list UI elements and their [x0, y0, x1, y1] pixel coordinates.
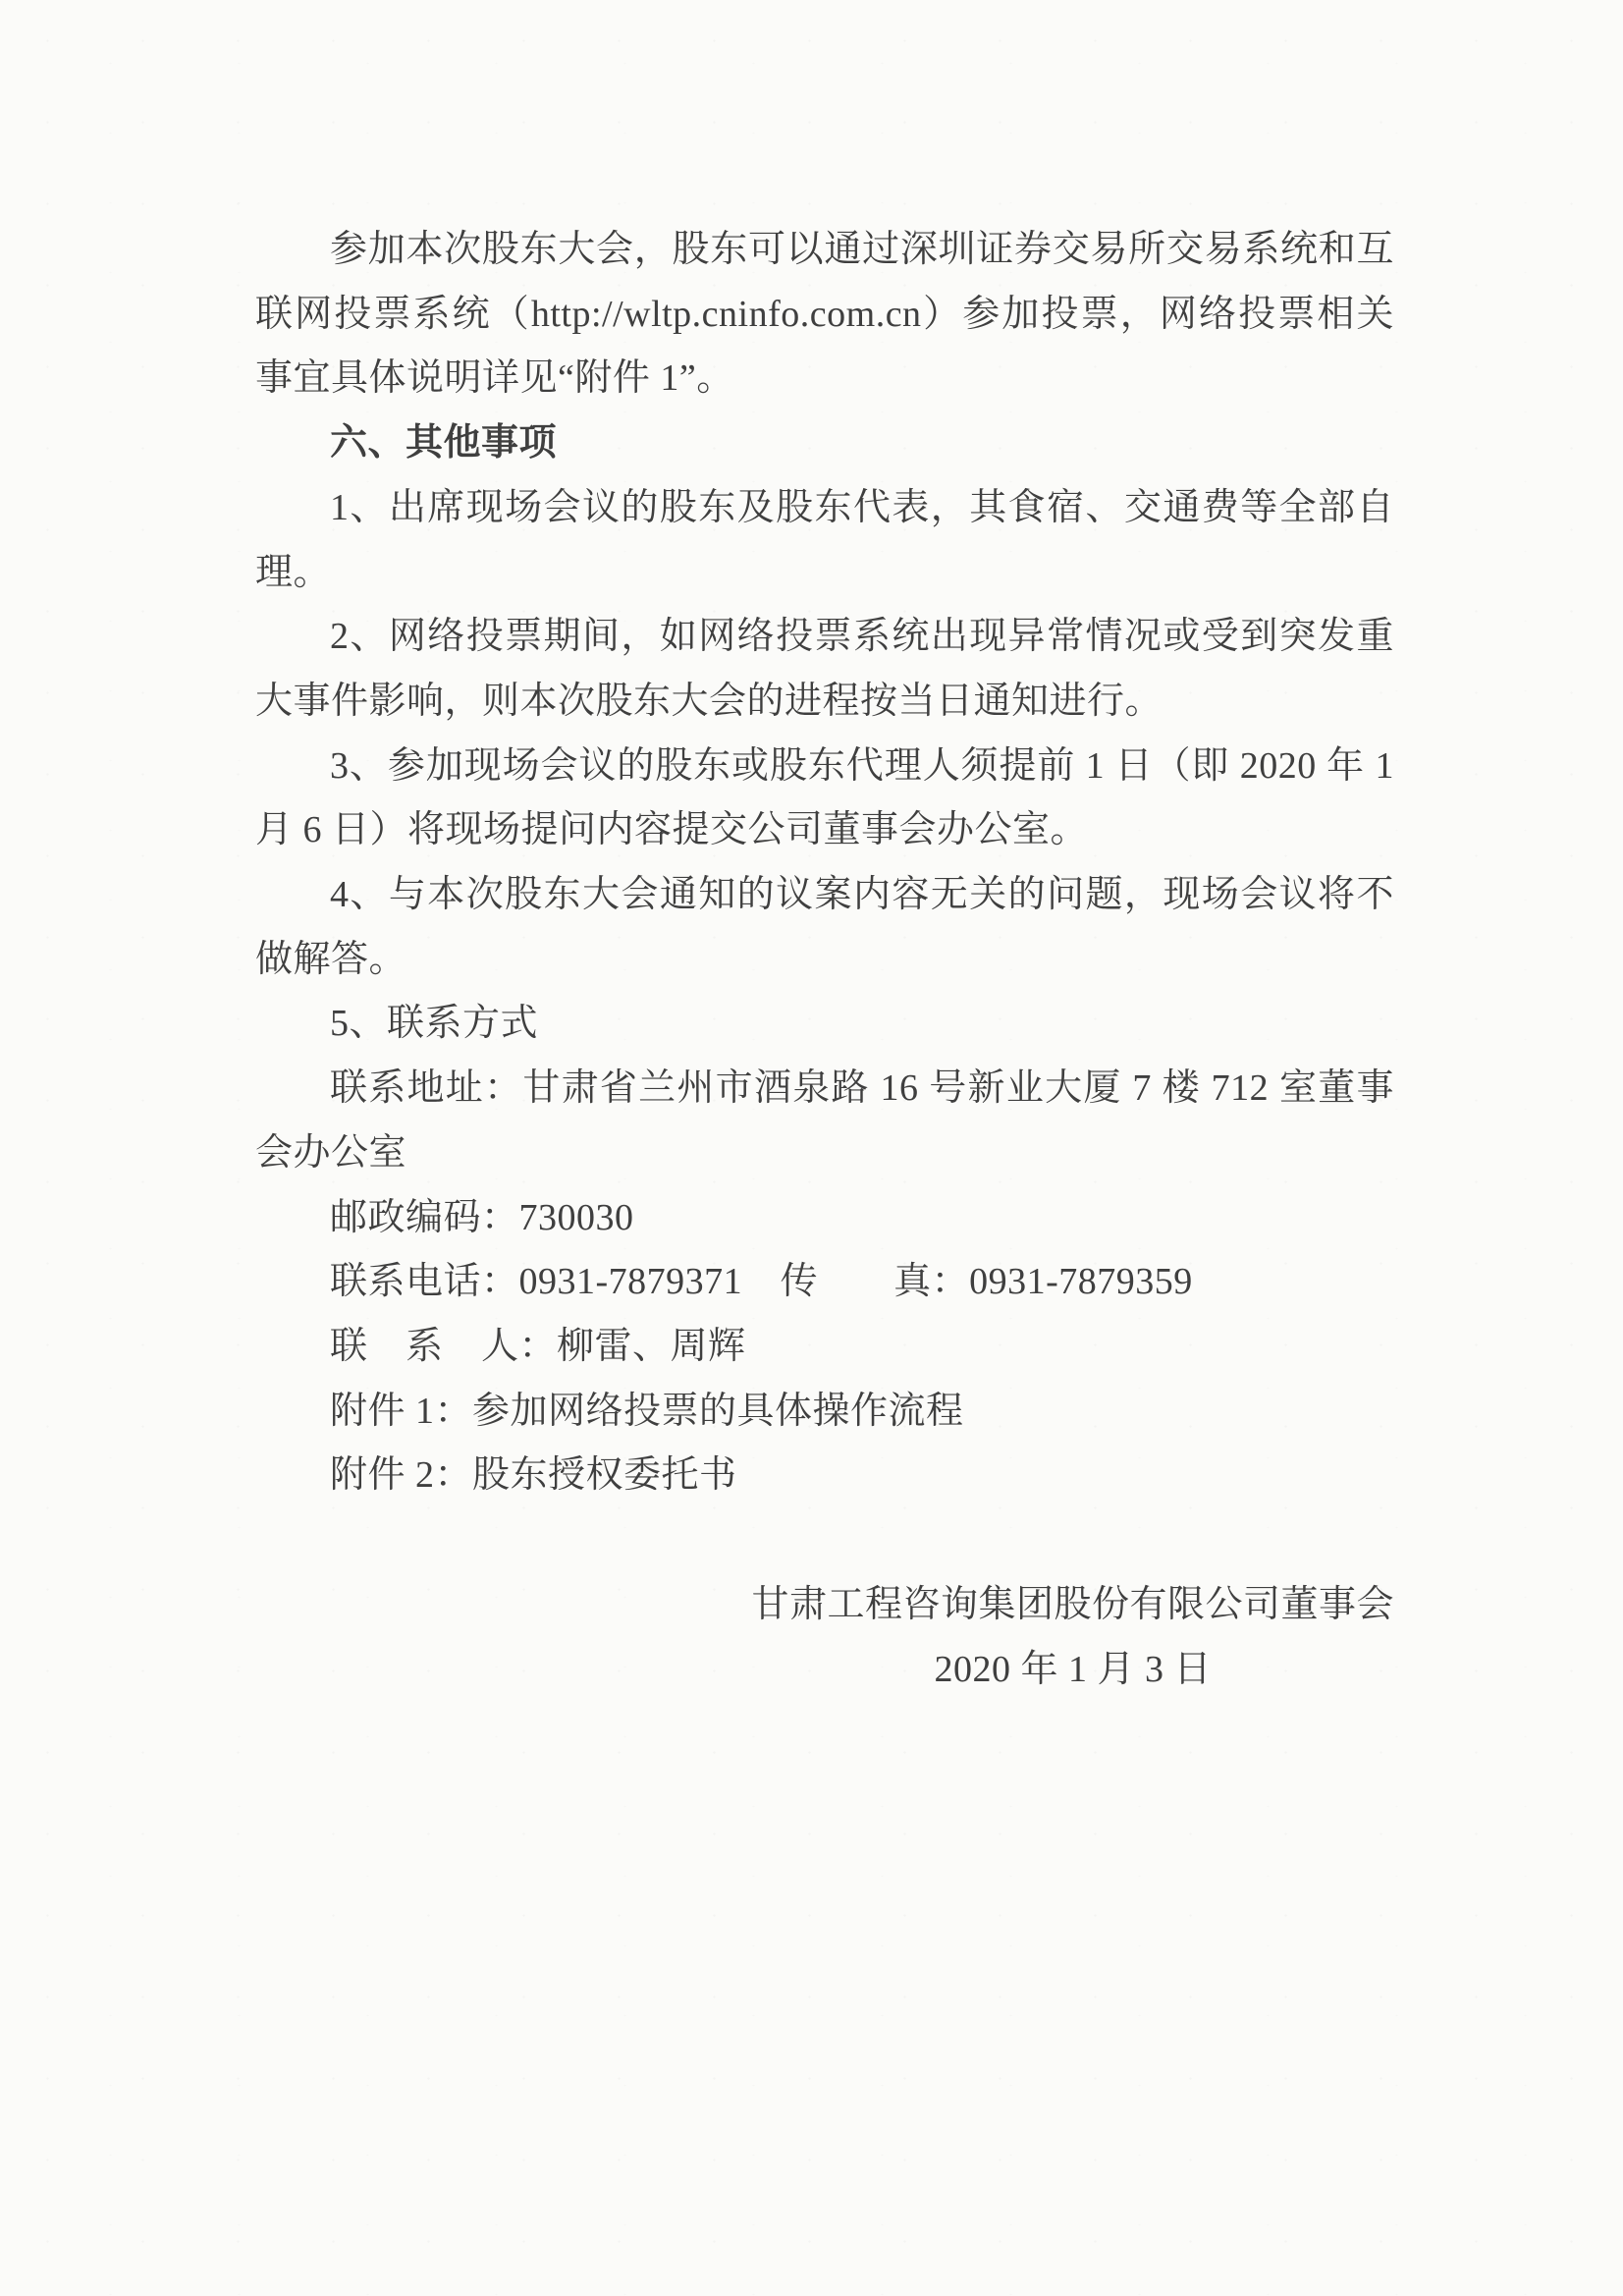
- contact-address: 联系地址：甘肃省兰州市酒泉路 16 号新业大厦 7 楼 712 室董事会办公室: [255, 1057, 1394, 1185]
- contact-phone-fax: 联系电话：0931-7879371 传 真：0931-7879359: [255, 1250, 1394, 1315]
- signature-company: 甘肃工程咨询集团股份有限公司董事会: [751, 1573, 1394, 1638]
- item-1-attendance-costs: 1、出席现场会议的股东及股东代表，其食宿、交通费等全部自理。: [255, 476, 1394, 605]
- item-3-question-submission: 3、参加现场会议的股东或股东代理人须提前 1 日（即 2020 年 1 月 6 …: [255, 735, 1394, 863]
- attachment-2: 附件 2：股东授权委托书: [255, 1444, 1394, 1508]
- contact-postal-code: 邮政编码：730030: [255, 1186, 1394, 1251]
- item-2-online-voting-contingency: 2、网络投票期间，如网络投票系统出现异常情况或受到突发重大事件影响，则本次股东大…: [255, 605, 1394, 734]
- attachment-1: 附件 1：参加网络投票的具体操作流程: [255, 1380, 1394, 1445]
- document-body: 参加本次股东大会，股东可以通过深圳证券交易所交易系统和互联网投票系统（http:…: [0, 0, 1623, 1702]
- scanned-document-page: { "page": { "background_color": "#fbfbf9…: [0, 0, 1623, 2296]
- signature-block: 甘肃工程咨询集团股份有限公司董事会 2020 年 1 月 3 日: [751, 1573, 1394, 1702]
- section-heading-other-matters: 六、其他事项: [255, 411, 1394, 476]
- item-5-contact-info-heading: 5、联系方式: [255, 992, 1394, 1057]
- signature-date: 2020 年 1 月 3 日: [751, 1638, 1394, 1703]
- contact-persons: 联 系 人：柳雷、周辉: [255, 1315, 1394, 1380]
- item-4-unrelated-questions: 4、与本次股东大会通知的议案内容无关的问题，现场会议将不做解答。: [255, 863, 1394, 992]
- intro-paragraph: 参加本次股东大会，股东可以通过深圳证券交易所交易系统和互联网投票系统（http:…: [255, 218, 1394, 411]
